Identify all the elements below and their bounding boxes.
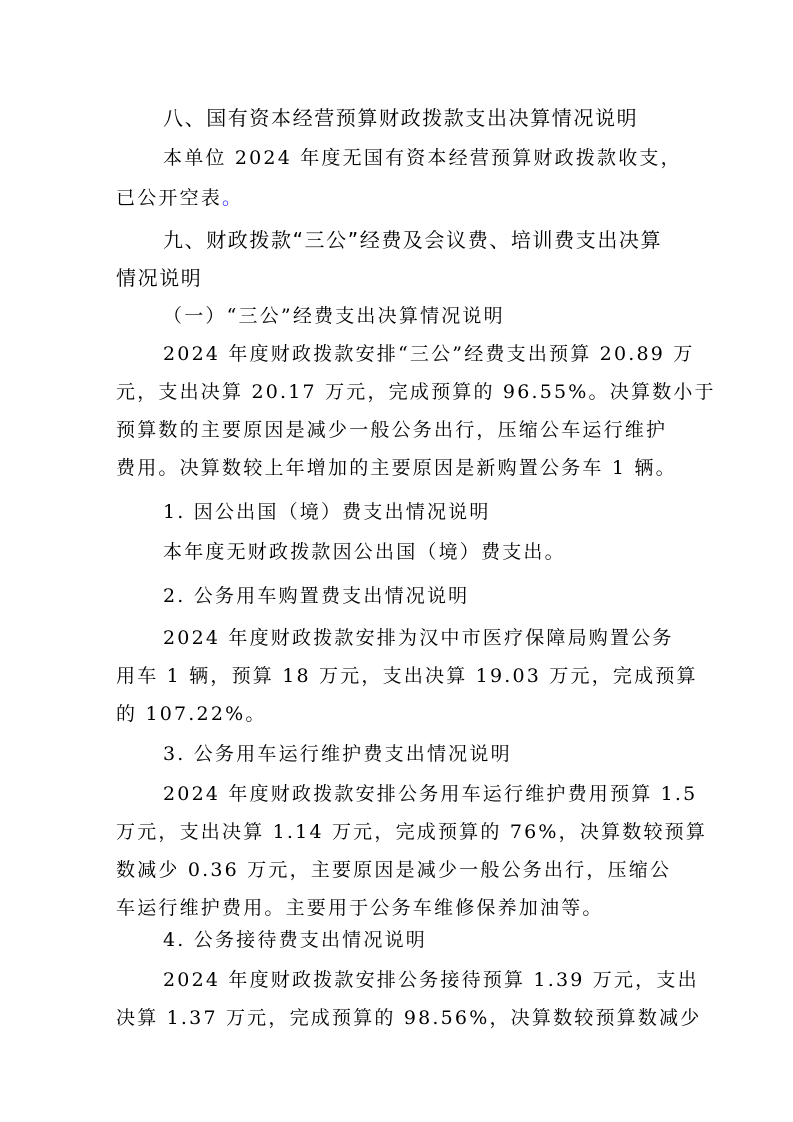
section-9-heading-cont: 情况说明 <box>116 266 202 290</box>
subsection-1-heading: （一）“三公”经费支出决算情况说明 <box>163 304 505 328</box>
section-8-heading: 八、国有资本经营预算财政拨款支出决算情况说明 <box>163 106 638 130</box>
paragraph-line: 2024 年度财政拨款安排公务用车运行维护费用预算 1.5 <box>163 782 697 806</box>
paragraph-line: 2024 年度财政拨款安排为汉中市医疗保障局购置公务 <box>163 626 674 650</box>
paragraph-line: 本年度无财政拨款因公出国（境）费支出。 <box>163 540 566 564</box>
paragraph-line: 2024 年度财政拨款安排“三公”经费支出预算 20.89 万 <box>163 342 695 366</box>
paragraph-line: 车运行维护费用。主要用于公务车维修保养加油等。 <box>116 896 604 920</box>
section-9-heading: 九、财政拨款“三公”经费及会议费、培训费支出决算 <box>163 228 662 252</box>
paragraph-line: 费用。决算数较上年增加的主要原因是新购置公务车 1 辆。 <box>116 456 677 480</box>
paragraph-line: 2024 年度财政拨款安排公务接待预算 1.39 万元，支出 <box>163 968 699 992</box>
paragraph-line: 用车 1 辆，预算 18 万元，支出决算 19.03 万元，完成预算 <box>116 664 698 688</box>
paragraph-line: 元，支出决算 20.17 万元，完成预算的 96.55%。决算数小于 <box>116 380 716 404</box>
paragraph-line: 的 107.22%。 <box>116 702 267 726</box>
paragraph-line: 预算数的主要原因是减少一般公务出行，压缩公车运行维护 <box>116 418 667 442</box>
item-3-heading: 3. 公务用车运行维护费支出情况说明 <box>163 742 512 766</box>
section-8-paragraph-line: 本单位 2024 年度无国有资本经营预算财政拨款收支， <box>163 146 682 170</box>
text: 已公开空表 <box>116 187 222 209</box>
paragraph-line: 数减少 0.36 万元，主要原因是减少一般公务出行，压缩公 <box>116 858 671 882</box>
item-2-heading: 2. 公务用车购置费支出情况说明 <box>163 584 469 608</box>
paragraph-line: 万元，支出决算 1.14 万元，完成预算的 76%，决算数较预算 <box>116 820 707 844</box>
section-8-paragraph-line: 已公开空表。 <box>116 186 243 210</box>
period-mark: 。 <box>222 187 243 209</box>
item-1-heading: 1. 因公出国（境）费支出情况说明 <box>163 500 491 524</box>
paragraph-line: 决算 1.37 万元，完成预算的 98.56%，决算数较预算数减少 <box>116 1006 701 1030</box>
item-4-heading: 4. 公务接待费支出情况说明 <box>163 928 427 952</box>
